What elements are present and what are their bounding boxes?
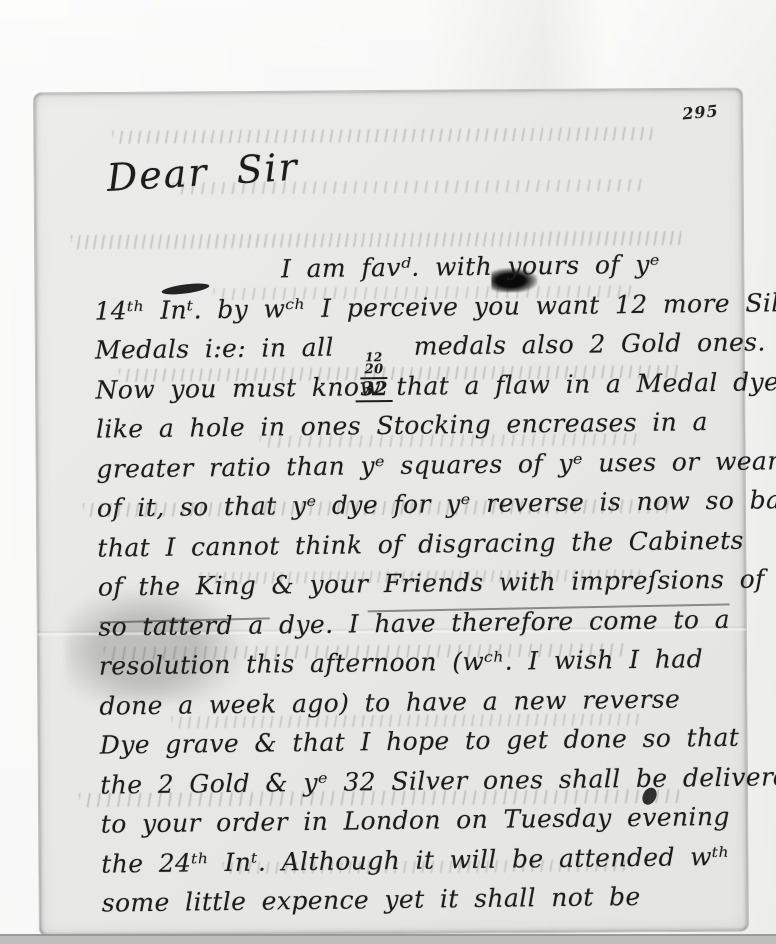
letter-line: that I cannot think of disgracing the Ca…: [97, 525, 727, 562]
letter-line: greater ratio than yᵉ squares of yᵉ uses…: [96, 446, 726, 483]
letter-page: 295 Dear Sir I am favᵈ. with yours of yᵉ…: [33, 88, 749, 937]
letter-line: the 2 Gold & yᵉ 32 Silver ones shall be …: [100, 762, 730, 799]
letter-line: Dye grave & that I hope to get done so t…: [100, 723, 730, 760]
letter-line: 14ᵗʰ Inᵗ. by wᶜʰ I perceive you want 12 …: [94, 288, 724, 325]
letter-line: like a hole in ones Stocking encreases i…: [96, 407, 726, 444]
line-text: Medals i:e: in all: [95, 333, 349, 365]
letter-line: resolution this afternoon (wᶜʰ. I wish I…: [99, 644, 729, 681]
letter-body: I am favᵈ. with yours of yᵉ14ᵗʰ Inᵗ. by …: [32, 87, 750, 938]
scanner-bottom-edge: [0, 934, 776, 944]
letter-line: the 24ᵗʰ Inᵗ. Although it will be attend…: [101, 841, 731, 878]
letter-line: of the King & your Friends with impreſsi…: [98, 565, 728, 602]
line-text: medals also 2 Gold ones.: [398, 327, 766, 360]
letter-line: of it, so that yᵉ dye for yᵉ reverse is …: [97, 486, 727, 523]
letter-line: I am favᵈ. with yours of yᵉ: [94, 249, 724, 286]
letter-line: done a week ago) to have a new reverse: [99, 683, 729, 720]
letter-line: so tatterd a dye. I have therefore come …: [98, 604, 728, 641]
letter-line: to your order in London on Tuesday eveni…: [101, 802, 731, 839]
letter-line: some little expence yet it shall not be: [102, 881, 732, 918]
